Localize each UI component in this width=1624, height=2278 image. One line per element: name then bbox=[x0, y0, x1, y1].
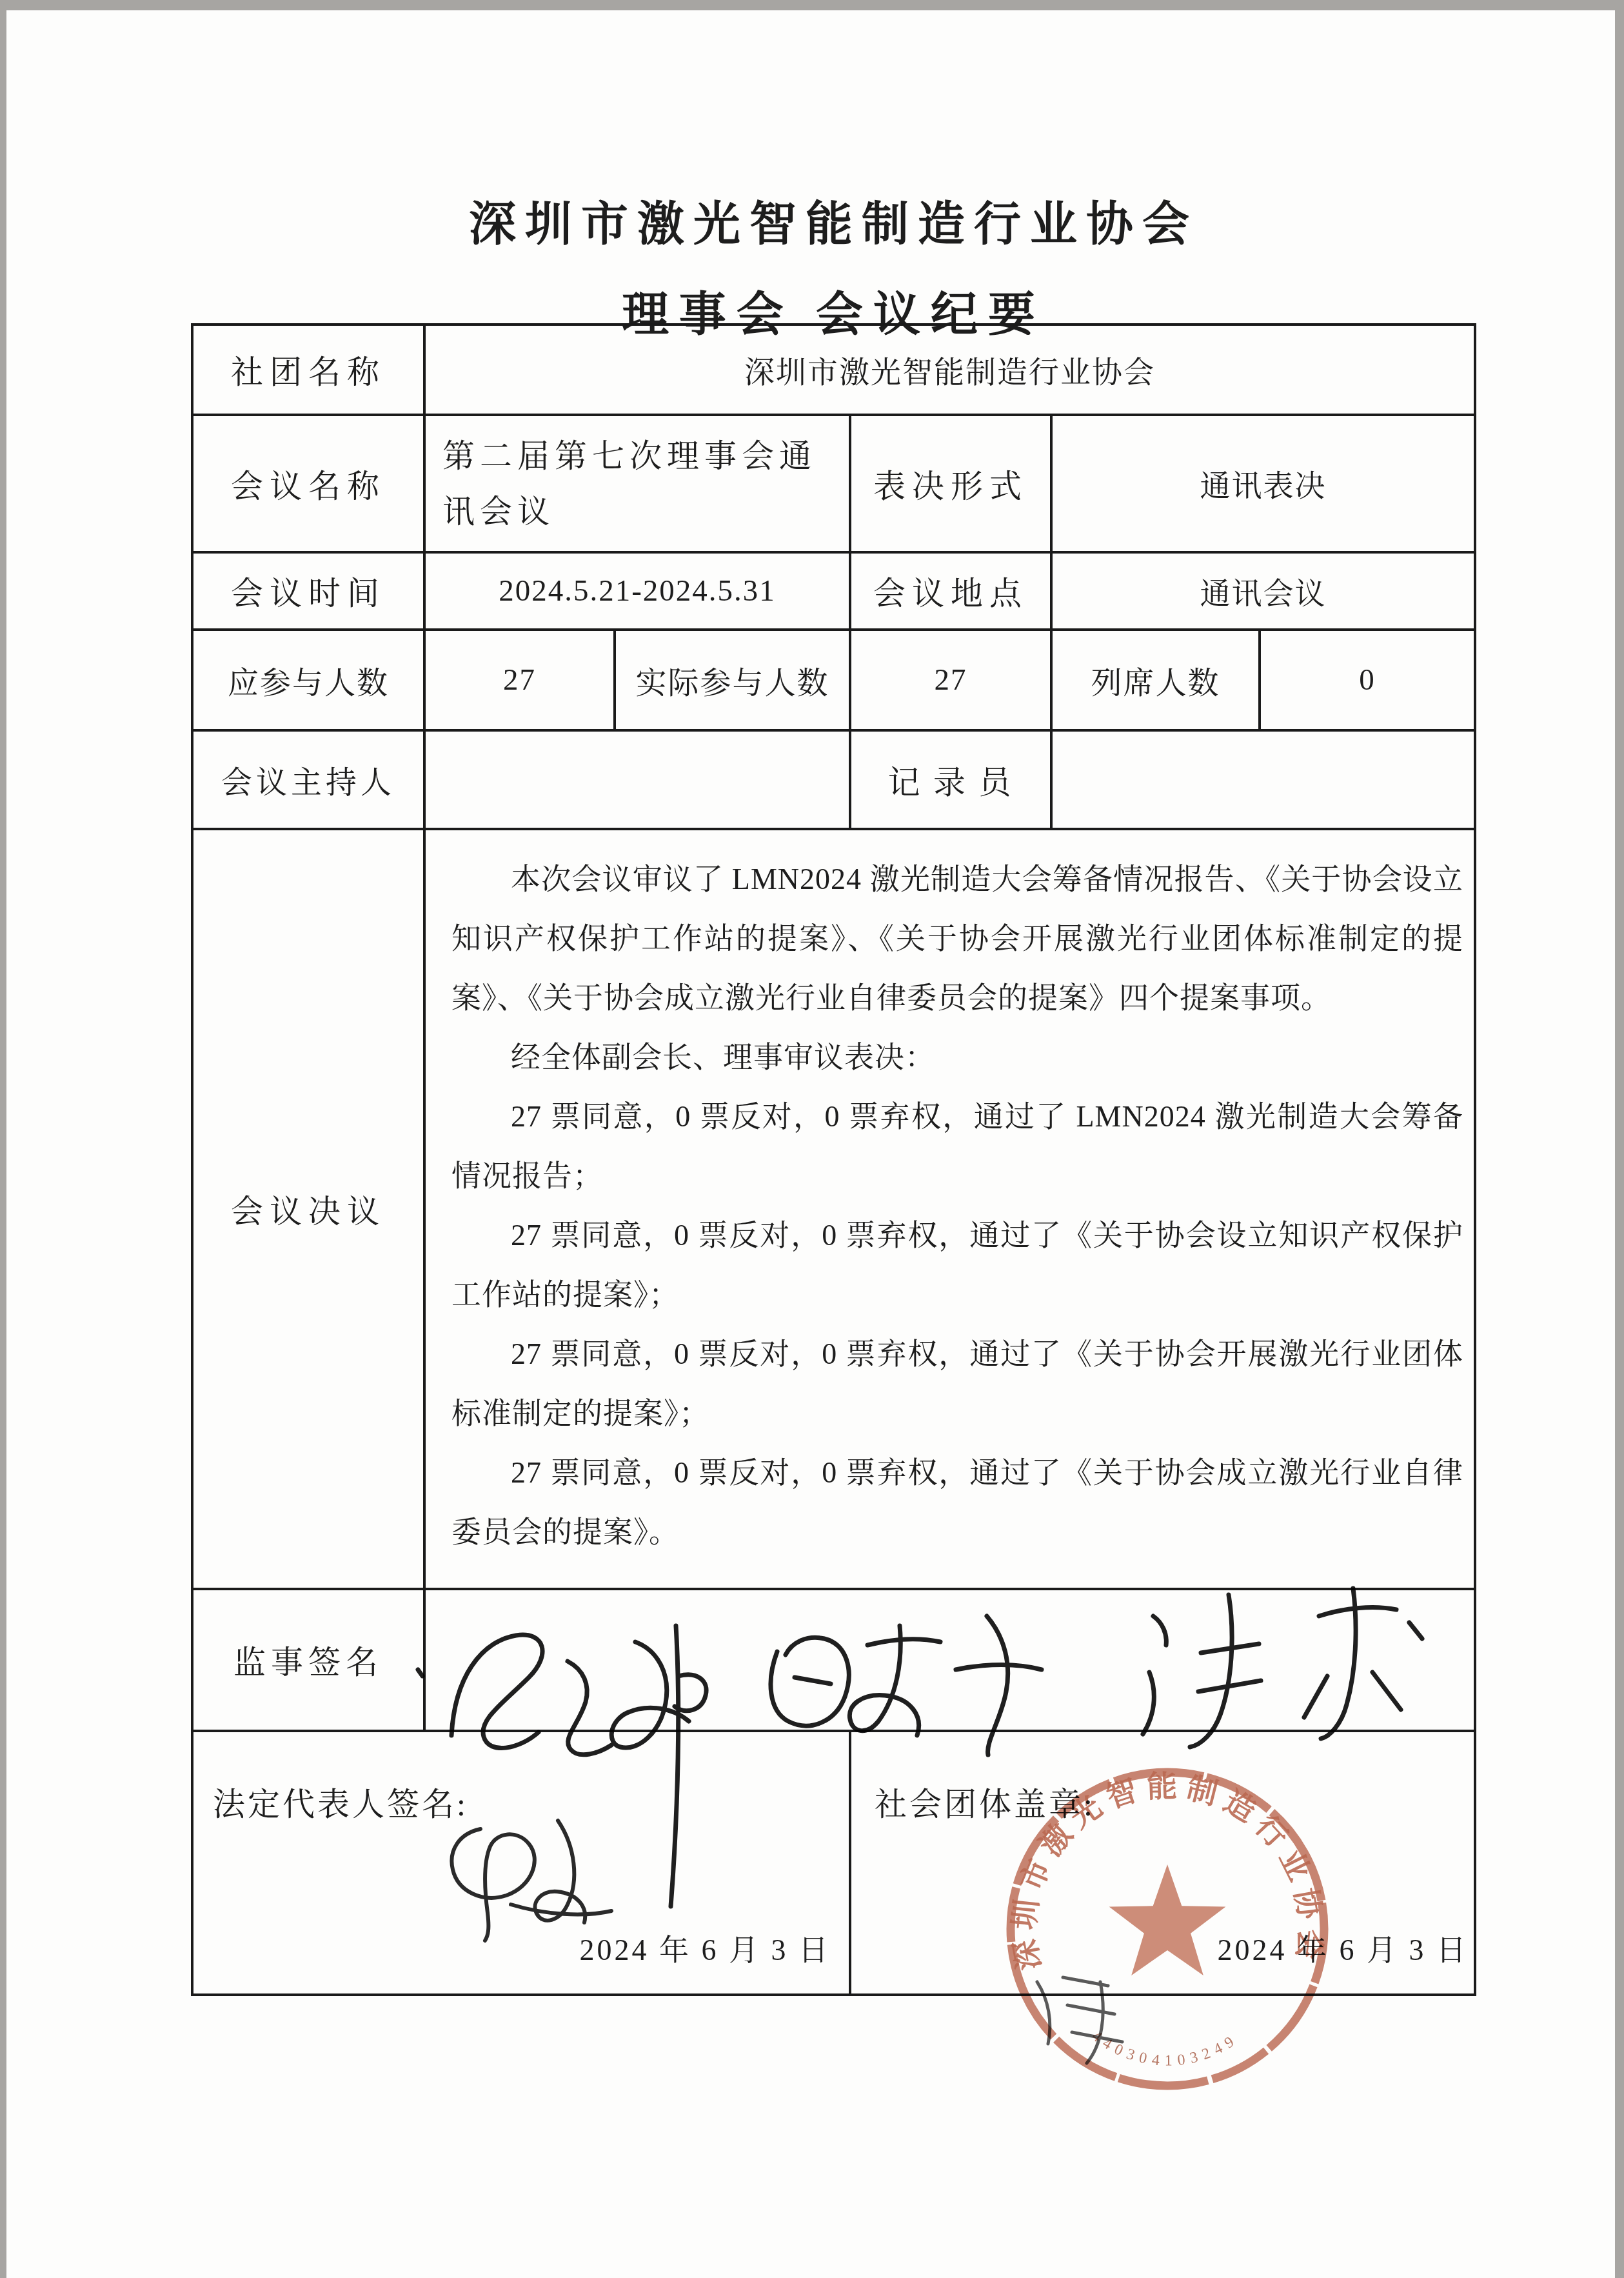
resolution-paragraph-5: 27 票同意，0 票反对，0 票弃权，通过了《关于协会开展激光行业团体标准制定的… bbox=[451, 1324, 1463, 1443]
supervisor-signature-label: 监事签名 bbox=[193, 1590, 426, 1732]
scanned-meeting-minutes-page: { "document": { "title_line1": "深圳市激光智能制… bbox=[0, 0, 1624, 2278]
meeting-time-label: 会议时间 bbox=[193, 554, 426, 631]
org-name-label: 社团名称 bbox=[193, 326, 426, 416]
org-seal-date: 2024 年 6 月 3 日 bbox=[1218, 1926, 1469, 1969]
legal-representative-label: 法定代表人签名: bbox=[213, 1779, 468, 1825]
supervisor-signature-area bbox=[426, 1590, 1474, 1732]
org-seal-label: 社会团体盖章: bbox=[875, 1779, 1095, 1825]
resolution-text: 本次会议审议了 LMN2024 激光制造大会筹备情况报告、《关于协会设立知识产权… bbox=[426, 830, 1474, 1590]
org-name-value: 深圳市激光智能制造行业协会 bbox=[426, 326, 1474, 416]
meeting-place-label: 会议地点 bbox=[851, 554, 1053, 631]
expected-participants-value: 27 bbox=[426, 631, 616, 732]
meeting-place-value: 通讯会议 bbox=[1053, 554, 1474, 631]
recorder-value bbox=[1053, 732, 1474, 830]
meeting-name-label: 会议名称 bbox=[193, 416, 426, 554]
vote-form-value: 通讯表决 bbox=[1053, 416, 1474, 554]
resolution-paragraph-2: 经全体副会长、理事审议表决： bbox=[451, 1028, 1463, 1087]
moderator-label: 会议主持人 bbox=[193, 732, 426, 830]
minutes-form-table: 社团名称 深圳市激光智能制造行业协会 会议名称 第二届第七次理事会通讯会议 表决… bbox=[191, 323, 1476, 1996]
observers-label: 列席人数 bbox=[1053, 631, 1261, 732]
observers-value: 0 bbox=[1261, 631, 1474, 732]
actual-participants-label: 实际参与人数 bbox=[616, 631, 851, 732]
actual-participants-value: 27 bbox=[851, 631, 1053, 732]
recorder-label: 记 录 员 bbox=[851, 732, 1053, 830]
legal-representative-cell: 法定代表人签名: 2024 年 6 月 3 日 bbox=[193, 1732, 851, 1993]
meeting-name-value: 第二届第七次理事会通讯会议 bbox=[426, 416, 851, 554]
org-seal-cell: 社会团体盖章: 2024 年 6 月 3 日 bbox=[851, 1732, 1474, 1993]
document-title-line1: 深圳市激光智能制造行业协会 bbox=[193, 186, 1474, 254]
resolution-paragraph-4: 27 票同意，0 票反对，0 票弃权，通过了《关于协会设立知识产权保护工作站的提… bbox=[451, 1206, 1463, 1324]
resolution-paragraph-3: 27 票同意，0 票反对，0 票弃权，通过了 LMN2024 激光制造大会筹备情… bbox=[451, 1087, 1463, 1206]
resolution-paragraph-6: 27 票同意，0 票反对，0 票弃权，通过了《关于协会成立激光行业自律委员会的提… bbox=[451, 1443, 1463, 1562]
resolution-label: 会议决议 bbox=[193, 830, 426, 1590]
resolution-paragraph-1: 本次会议审议了 LMN2024 激光制造大会筹备情况报告、《关于协会设立知识产权… bbox=[451, 850, 1463, 1028]
expected-participants-label: 应参与人数 bbox=[193, 631, 426, 732]
legal-representative-date: 2024 年 6 月 3 日 bbox=[580, 1926, 831, 1969]
vote-form-label: 表决形式 bbox=[851, 416, 1053, 554]
moderator-value bbox=[426, 732, 851, 830]
meeting-time-value: 2024.5.21-2024.5.31 bbox=[426, 554, 851, 631]
